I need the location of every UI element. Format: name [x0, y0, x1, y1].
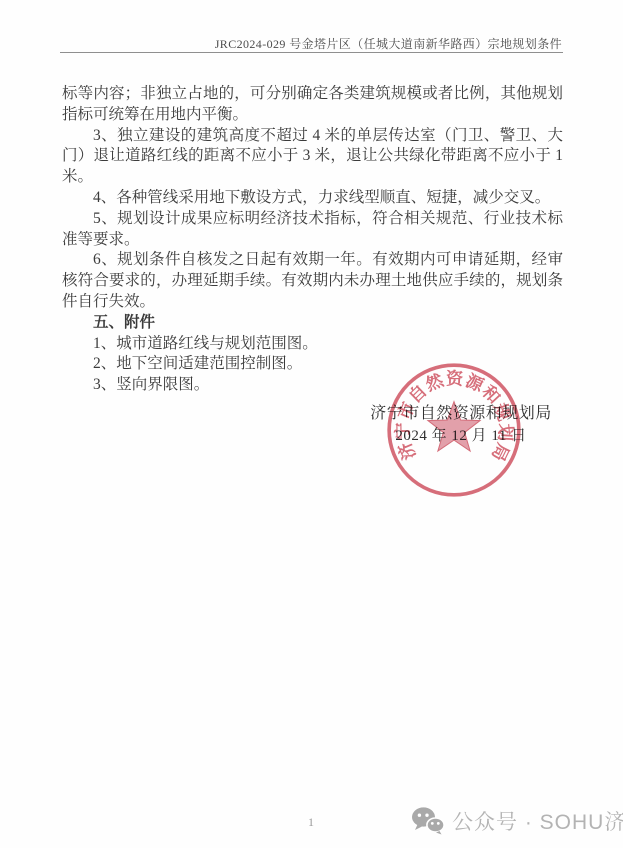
wechat-icon: [411, 806, 445, 836]
attachment-item-1: 1、城市道路红线与规划范围图。: [62, 334, 563, 355]
seal-star-icon: [428, 402, 480, 451]
paragraph-item-4: 4、各种管线采用地下敷设方式，力求线型顺直、短捷，减少交叉。: [62, 188, 563, 209]
paragraph-item-3: 3、独立建设的建筑高度不超过 4 米的单层传达室（门卫、警卫、大门）退让道路红线…: [62, 126, 563, 188]
paragraph-item-6: 6、规划条件自核发之日起有效期一年。有效期内可申请延期，经审核符合要求的，办理延…: [62, 250, 563, 312]
watermark-text: 公众号 · SOHU济宁: [452, 806, 623, 836]
official-seal: 济宁市自然资源和规划局: [378, 354, 530, 506]
header-rule: [60, 52, 563, 53]
watermark: 公众号 · SOHU济宁: [411, 806, 623, 836]
document-page: JRC2024-029 号金塔片区（任城大道南新华路西）宗地规划条件 标等内容；…: [0, 0, 623, 848]
page-number: 1: [300, 815, 322, 830]
paragraph-item-5: 5、规划设计成果应标明经济技术指标，符合相关规范、行业技术标准等要求。: [62, 209, 563, 251]
doc-header-title: JRC2024-029 号金塔片区（任城大道南新华路西）宗地规划条件: [215, 35, 562, 52]
paragraph-continuation: 标等内容；非独立占地的，可分别确定各类建筑规模或者比例，其他规划指标可统筹在用地…: [62, 84, 563, 126]
doc-body: 标等内容；非独立占地的，可分别确定各类建筑规模或者比例，其他规划指标可统筹在用地…: [62, 84, 563, 396]
section-heading-attachments: 五、附件: [62, 313, 563, 334]
